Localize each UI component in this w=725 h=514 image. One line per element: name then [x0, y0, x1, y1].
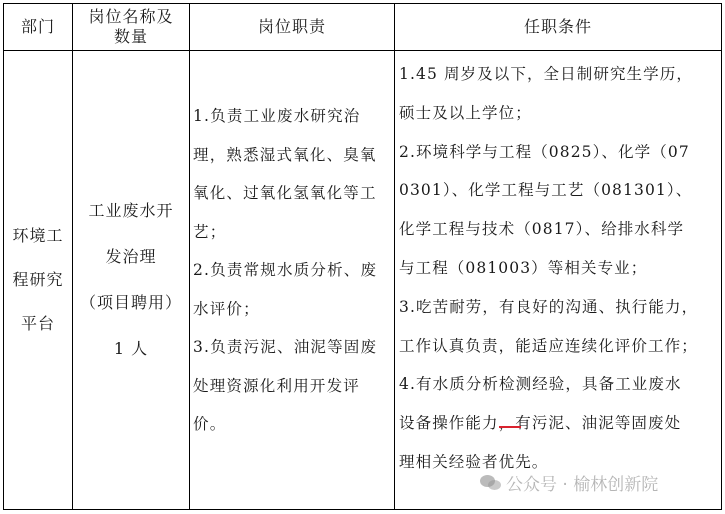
wechat-icon: [480, 474, 502, 492]
position-line: 工业废水开: [73, 188, 189, 234]
position-cell: 工业废水开 发治理 （项目聘用） 1 人: [73, 51, 190, 510]
requirement-line: 2.环境科学与工程（0825）、化学（07: [399, 133, 719, 172]
department-line: 平台: [4, 302, 72, 346]
position-line: （项目聘用）: [73, 280, 189, 326]
table-row: 环境工 程研究 平台 工业废水开 发治理 （项目聘用） 1 人 1.负责工业废水…: [4, 51, 722, 510]
requirement-line: 3.吃苦耐劳，有良好的沟通、执行能力，: [399, 288, 719, 327]
requirement-text: 有污泥、油泥等固废处: [515, 414, 681, 432]
duty-line: 1.负责工业废水研究治: [193, 97, 392, 136]
department-line: 环境工: [4, 214, 72, 258]
duty-line: 水评价；: [193, 290, 392, 329]
requirement-line: 化学工程与技术（0817）、给排水科学: [399, 210, 719, 249]
header-duties-label: 岗位职责: [190, 17, 394, 37]
requirement-line: 硕士及以上学位；: [399, 94, 719, 133]
duty-line: 3.负责污泥、油泥等固废: [193, 328, 392, 367]
requirement-text: 设备操作能力: [399, 414, 499, 432]
header-position-label-1: 岗位名称及: [73, 7, 189, 27]
header-department-label: 部门: [4, 17, 72, 37]
spellcheck-underline-mark: ，: [499, 414, 516, 432]
requirement-line: 0301）、化学工程与工艺（081301）、: [399, 171, 719, 210]
header-requirements: 任职条件: [395, 4, 722, 51]
header-duties: 岗位职责: [190, 4, 395, 51]
duty-line: 处理资源化利用开发评: [193, 367, 392, 406]
department-cell: 环境工 程研究 平台: [4, 51, 73, 510]
requirement-line: 设备操作能力，有污泥、油泥等固废处: [399, 404, 719, 443]
duty-line: 理，熟悉湿式氧化、臭氧: [193, 136, 392, 175]
job-posting-table: 部门 岗位名称及 数量 岗位职责 任职条件 环境工 程研究 平台 工业废水开 发…: [3, 3, 722, 510]
header-position-label-2: 数量: [73, 27, 189, 47]
watermark: 公众号 · 榆林创新院: [480, 470, 658, 495]
watermark-text: 公众号 · 榆林创新院: [506, 470, 658, 495]
header-row: 部门 岗位名称及 数量 岗位职责 任职条件: [4, 4, 722, 51]
position-line: 1 人: [73, 326, 189, 372]
requirements-cell: 1.45 周岁及以下，全日制研究生学历， 硕士及以上学位； 2.环境科学与工程（…: [395, 51, 722, 510]
requirement-line: 工作认真负责，能适应连续化评价工作；: [399, 327, 719, 366]
header-department: 部门: [4, 4, 73, 51]
requirement-line: 4.有水质分析检测经验，具备工业废水: [399, 365, 719, 404]
duty-line: 氧化、过氧化氢氧化等工: [193, 174, 392, 213]
duty-line: 价。: [193, 405, 392, 444]
duties-cell: 1.负责工业废水研究治 理，熟悉湿式氧化、臭氧 氧化、过氧化氢氧化等工 艺； 2…: [190, 51, 395, 510]
header-requirements-label: 任职条件: [395, 17, 721, 37]
position-line: 发治理: [73, 234, 189, 280]
requirement-line: 与工程（081003）等相关专业；: [399, 249, 719, 288]
header-position: 岗位名称及 数量: [73, 4, 190, 51]
department-line: 程研究: [4, 258, 72, 302]
requirement-line: 1.45 周岁及以下，全日制研究生学历，: [399, 55, 719, 94]
duty-line: 2.负责常规水质分析、废: [193, 251, 392, 290]
duty-line: 艺；: [193, 213, 392, 252]
